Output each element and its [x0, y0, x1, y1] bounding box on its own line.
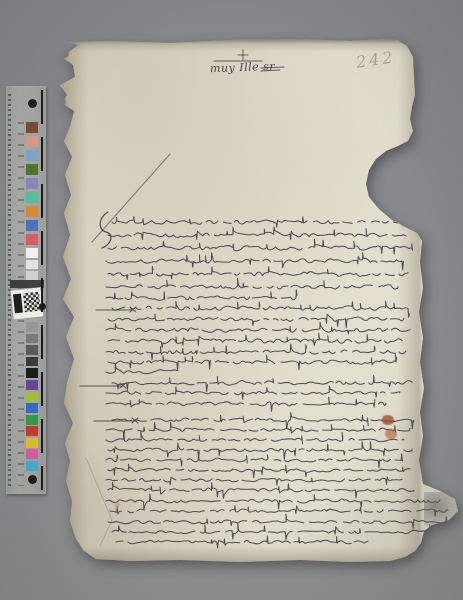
- torn-edge-shade: [424, 492, 460, 526]
- stain: [114, 502, 120, 507]
- manuscript-page-wrapper: muy Ille sr 242: [0, 0, 463, 600]
- handwriting-stroke: [108, 227, 406, 239]
- handwriting-stroke: [100, 212, 111, 248]
- handwriting-stroke: [108, 267, 408, 280]
- handwriting-stroke: [106, 322, 410, 333]
- handwriting-stroke: [108, 514, 452, 528]
- handwriting-stroke: [106, 454, 407, 468]
- handwriting-stroke: [108, 464, 410, 477]
- stain: [382, 415, 394, 425]
- handwriting-ink: [0, 0, 463, 600]
- handwriting-stroke: [261, 70, 280, 71]
- handwriting-stroke: [112, 301, 409, 317]
- handwriting-stroke: [106, 494, 440, 509]
- handwriting-stroke: [112, 213, 410, 227]
- handwriting-stroke: [108, 442, 412, 459]
- handwriting-stroke: [106, 364, 178, 374]
- handwriting-stroke: [106, 386, 400, 400]
- handwriting-stroke: [106, 253, 403, 270]
- handwriting-stroke: [112, 413, 414, 429]
- handwriting-stroke: [106, 432, 404, 444]
- stain: [385, 429, 397, 439]
- handwriting-stroke: [106, 423, 410, 438]
- handwriting-stroke: [112, 376, 412, 392]
- handwriting-stroke: [112, 524, 430, 540]
- handwriting-stroke: [116, 536, 368, 548]
- handwriting-stroke: [106, 290, 297, 301]
- handwriting-stroke: [261, 67, 284, 68]
- handwriting-stroke: [100, 520, 112, 546]
- handwriting-stroke: [106, 397, 386, 411]
- handwriting-stroke: [108, 483, 414, 499]
- handwriting-stroke: [108, 239, 413, 254]
- handwriting-stroke: [96, 307, 136, 312]
- manuscript-page: muy Ille sr 242: [0, 0, 463, 600]
- handwriting-stroke: [106, 344, 406, 362]
- handwriting-stroke: [106, 278, 398, 289]
- archival-photograph: muy Ille sr 242: [0, 0, 463, 600]
- handwriting-stroke: [86, 458, 112, 520]
- stain: [59, 49, 69, 58]
- handwriting-stroke: [108, 355, 396, 370]
- handwriting-stroke: [106, 477, 402, 485]
- stain: [58, 98, 66, 105]
- handwriting-stroke: [80, 383, 126, 388]
- handwriting-stroke: [108, 314, 404, 328]
- handwriting-stroke: [92, 154, 170, 242]
- handwriting-stroke: [108, 333, 407, 347]
